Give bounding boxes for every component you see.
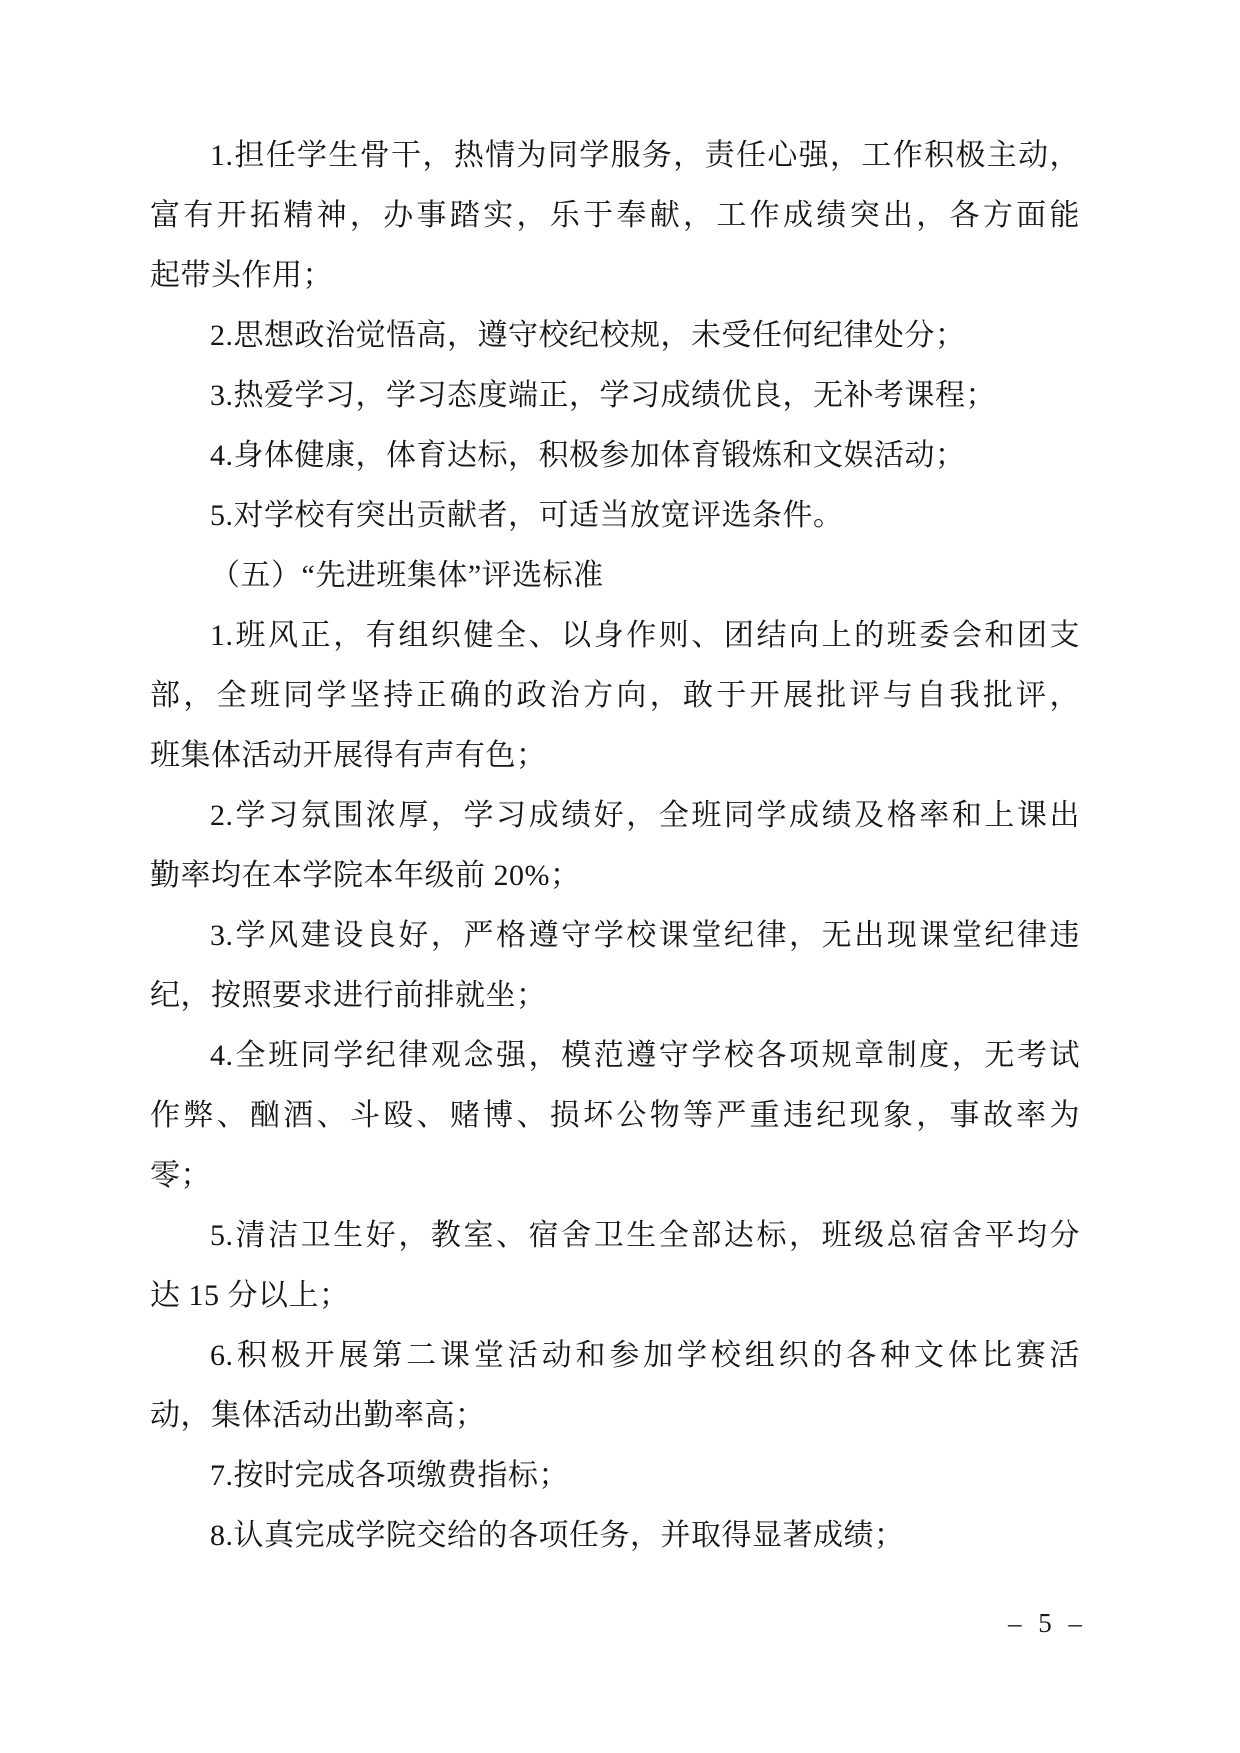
document-line: 纪，按照要求进行前排就坐； — [150, 966, 1080, 1026]
document-line: 班集体活动开展得有声有色； — [150, 726, 1080, 786]
document-line: 勤率均在本学院本年级前 20%； — [150, 846, 1080, 906]
document-line: 3.热爱学习，学习态度端正，学习成绩优良，无补考课程； — [150, 366, 1080, 426]
class-criterion-5-hygiene: 5.清洁卫生好，教室、宿舍卫生全部达标，班级总宿舍平均分达 15 分以上； — [150, 1206, 1080, 1326]
document-line: 2.学习氛围浓厚，学习成绩好，全班同学成绩及格率和上课出 — [150, 786, 1080, 846]
criterion-4-health-sports: 4.身体健康，体育达标，积极参加体育锻炼和文娱活动； — [150, 426, 1080, 486]
document-line: 1.班风正，有组织健全、以身作则、团结向上的班委会和团支 — [150, 606, 1080, 666]
document-line: 富有开拓精神，办事踏实，乐于奉献，工作成绩突出，各方面能 — [150, 186, 1080, 246]
class-criterion-7-fee-payment: 7.按时完成各项缴费指标； — [150, 1446, 1080, 1506]
document-page: 1.担任学生骨干，热情为同学服务，责任心强，工作积极主动，富有开拓精神，办事踏实… — [0, 0, 1240, 1753]
criterion-1-student-cadre: 1.担任学生骨干，热情为同学服务，责任心强，工作积极主动，富有开拓精神，办事踏实… — [150, 126, 1080, 306]
document-line: 部，全班同学坚持正确的政治方向，敢于开展批评与自我批评， — [150, 666, 1080, 726]
document-line: 6.积极开展第二课堂活动和参加学校组织的各种文体比赛活 — [150, 1326, 1080, 1386]
document-line: 作弊、酗酒、斗殴、赌博、损坏公物等严重违纪现象，事故率为 — [150, 1086, 1080, 1146]
document-body: 1.担任学生骨干，热情为同学服务，责任心强，工作积极主动，富有开拓精神，办事踏实… — [150, 126, 1080, 1566]
criterion-2-political-awareness: 2.思想政治觉悟高，遵守校纪校规，未受任何纪律处分； — [150, 306, 1080, 366]
document-line: 5.对学校有突出贡献者，可适当放宽评选条件。 — [150, 486, 1080, 546]
document-line: 5.清洁卫生好，教室、宿舍卫生全部达标，班级总宿舍平均分 — [150, 1206, 1080, 1266]
section-5-heading-advanced-class: （五）“先进班集体”评选标准 — [150, 546, 1080, 606]
document-line: 动，集体活动出勤率高； — [150, 1386, 1080, 1446]
document-line: 4.身体健康，体育达标，积极参加体育锻炼和文娱活动； — [150, 426, 1080, 486]
class-criterion-1-class-spirit: 1.班风正，有组织健全、以身作则、团结向上的班委会和团支部，全班同学坚持正确的政… — [150, 606, 1080, 786]
document-line: 1.担任学生骨干，热情为同学服务，责任心强，工作积极主动， — [150, 126, 1080, 186]
document-line: 零； — [150, 1146, 1080, 1206]
document-line: 8.认真完成学院交给的各项任务，并取得显著成绩； — [150, 1506, 1080, 1566]
class-criterion-8-assigned-tasks: 8.认真完成学院交给的各项任务，并取得显著成绩； — [150, 1506, 1080, 1566]
document-line: 7.按时完成各项缴费指标； — [150, 1446, 1080, 1506]
document-line: 起带头作用； — [150, 246, 1080, 306]
page-number: – 5 – — [1008, 1603, 1087, 1643]
document-line: 4.全班同学纪律观念强，模范遵守学校各项规章制度，无考试 — [150, 1026, 1080, 1086]
class-criterion-6-second-classroom: 6.积极开展第二课堂活动和参加学校组织的各种文体比赛活动，集体活动出勤率高； — [150, 1326, 1080, 1446]
document-line: 2.思想政治觉悟高，遵守校纪校规，未受任何纪律处分； — [150, 306, 1080, 366]
criterion-3-study-attitude: 3.热爱学习，学习态度端正，学习成绩优良，无补考课程； — [150, 366, 1080, 426]
criterion-5-outstanding-contribution: 5.对学校有突出贡献者，可适当放宽评选条件。 — [150, 486, 1080, 546]
class-criterion-2-study-atmosphere: 2.学习氛围浓厚，学习成绩好，全班同学成绩及格率和上课出勤率均在本学院本年级前 … — [150, 786, 1080, 906]
class-criterion-3-classroom-discipline: 3.学风建设良好，严格遵守学校课堂纪律，无出现课堂纪律违纪，按照要求进行前排就坐… — [150, 906, 1080, 1026]
document-line: （五）“先进班集体”评选标准 — [150, 546, 1080, 606]
document-line: 达 15 分以上； — [150, 1266, 1080, 1326]
document-line: 3.学风建设良好，严格遵守学校课堂纪律，无出现课堂纪律违 — [150, 906, 1080, 966]
class-criterion-4-rules-observance: 4.全班同学纪律观念强，模范遵守学校各项规章制度，无考试作弊、酗酒、斗殴、赌博、… — [150, 1026, 1080, 1206]
